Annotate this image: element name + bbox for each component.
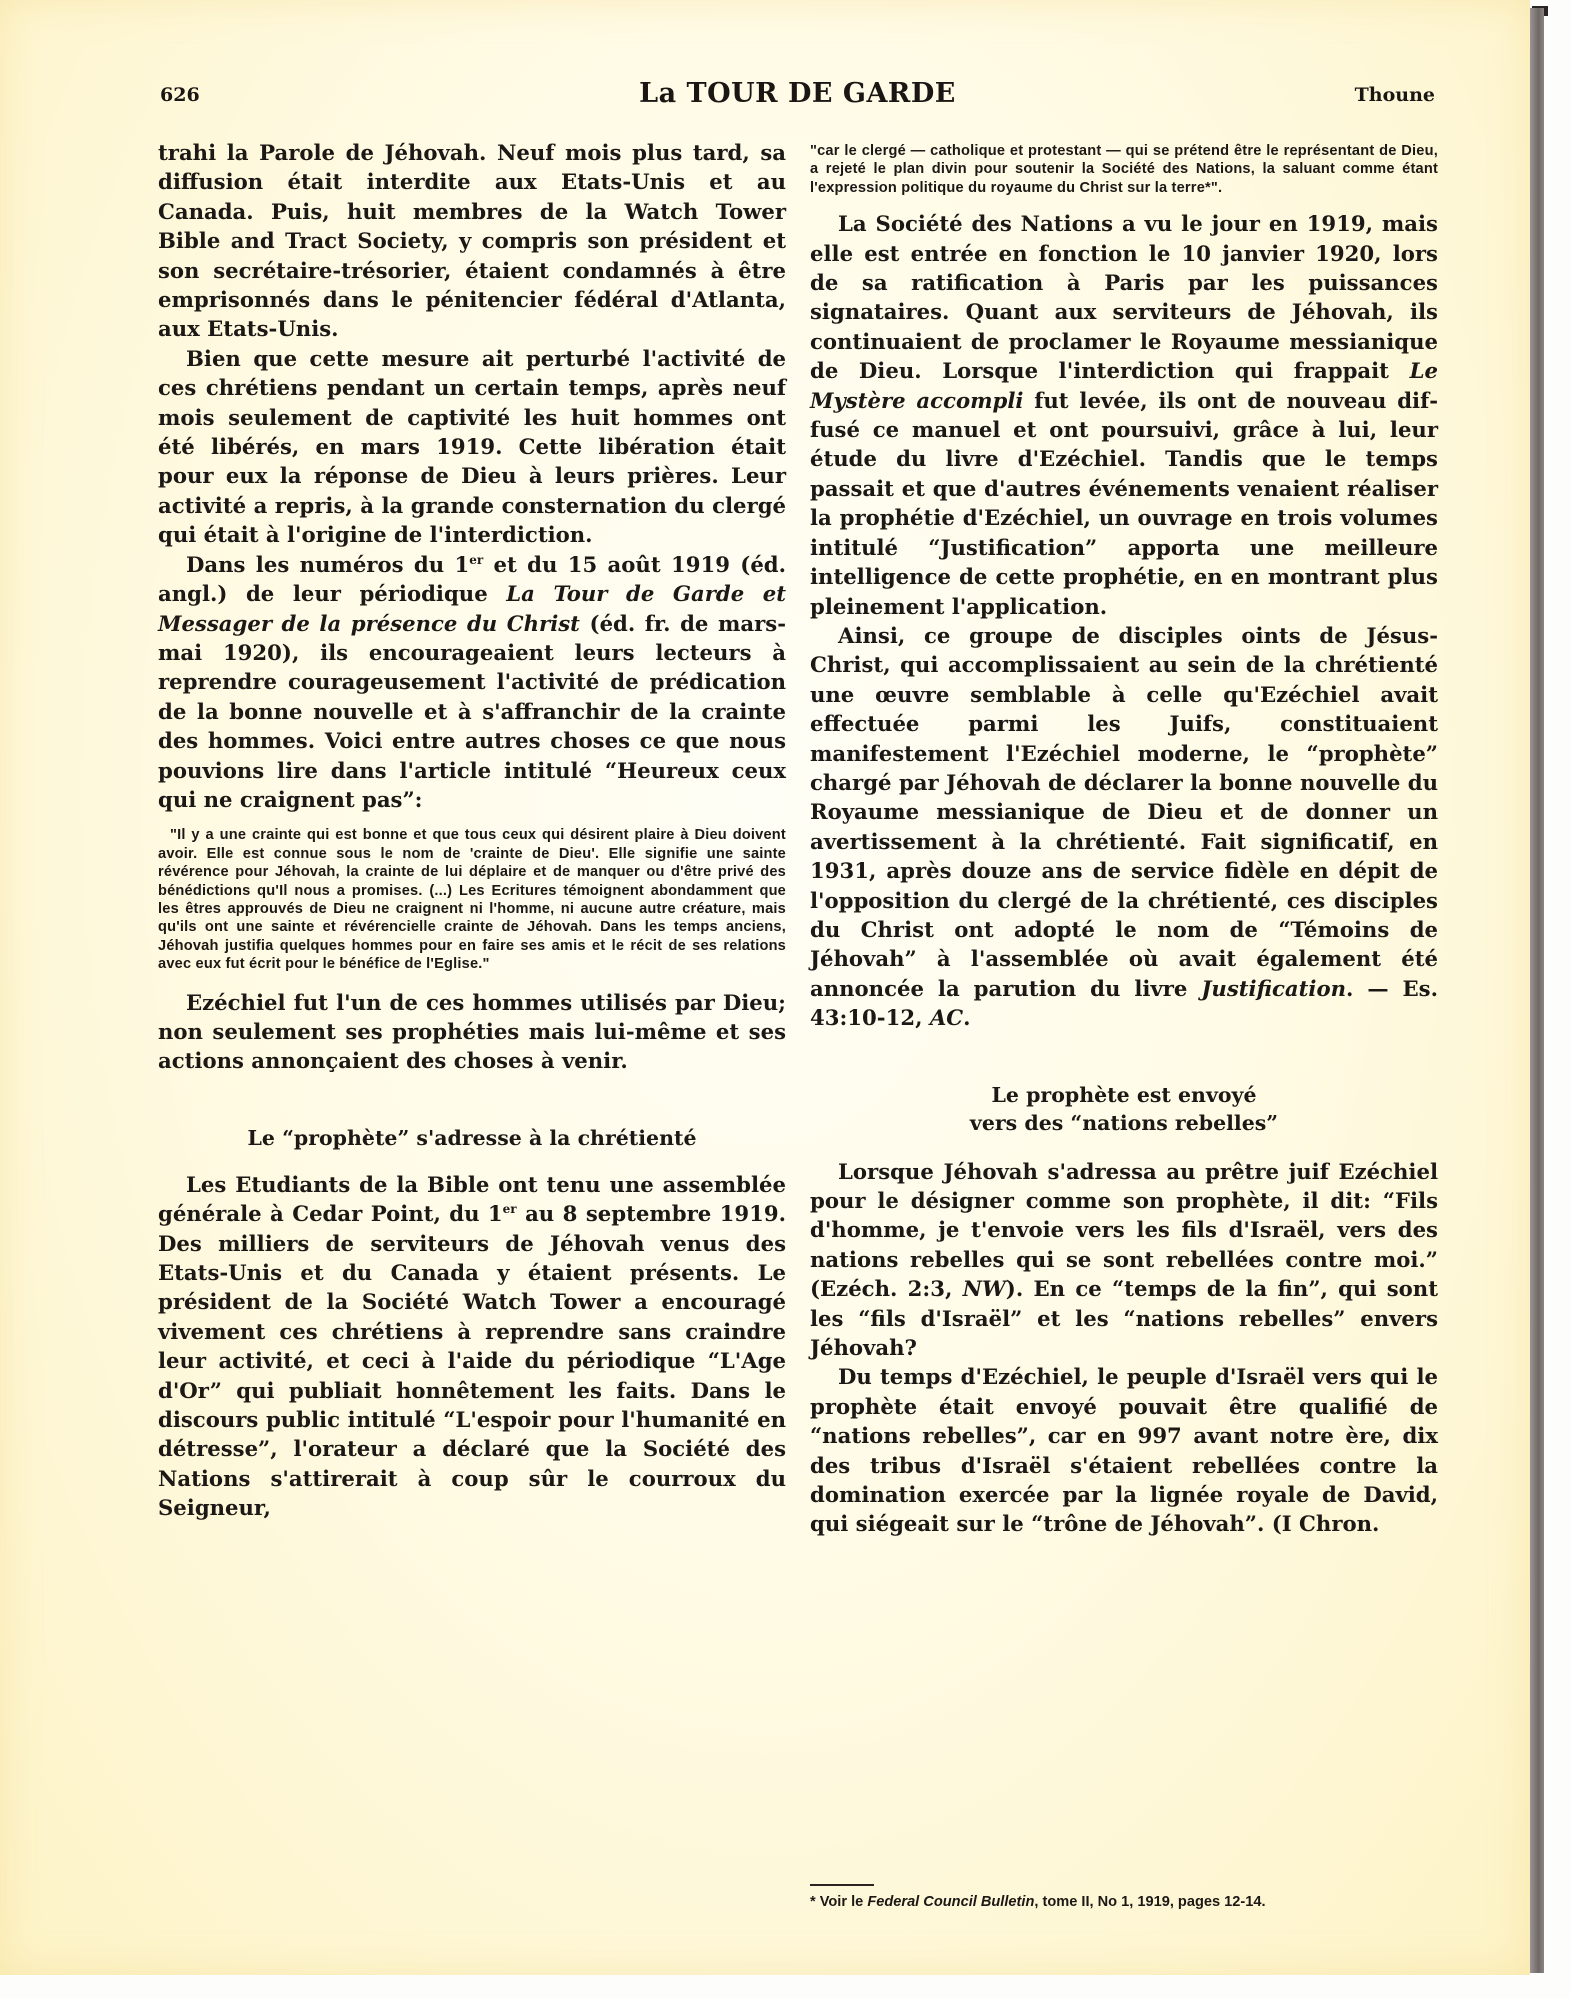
block-quote: "car le clergé — catholique et protestan…: [810, 142, 1438, 197]
bible-version: AC: [930, 1005, 963, 1030]
publication-title: La TOUR DE GARDE: [160, 78, 1435, 109]
paragraph: Les Etudiants de la Bible ont tenu une a…: [158, 1170, 786, 1523]
footnote: * Voir le Federal Council Bulletin, tome…: [810, 1893, 1430, 1911]
book-title: Justification: [1201, 976, 1346, 1001]
magazine-page: 626 La TOUR DE GARDE Thoune trahi la Par…: [0, 0, 1530, 1975]
section-heading: Le “prophète” s'adresse à la chrétienté: [158, 1124, 786, 1152]
bible-version: NW: [963, 1276, 1006, 1301]
page-header: 626 La TOUR DE GARDE Thoune: [160, 78, 1435, 118]
bulletin-title: Federal Council Bulletin: [867, 1894, 1034, 1910]
left-column: trahi la Parole de Jéhovah. Neuf mois pl…: [158, 138, 786, 1523]
paragraph: La Société des Nations a vu le jour en 1…: [810, 209, 1438, 621]
paragraph: Ainsi, ce groupe de disciples oints de J…: [810, 621, 1438, 1033]
footnote-divider: [810, 1884, 874, 1886]
paragraph: Du temps d'Ezéchiel, le peuple d'Israël …: [810, 1362, 1438, 1538]
paragraph: Bien que cette mesure ait perturbé l'ac­…: [158, 344, 786, 550]
paragraph: Ezéchiel fut l'un de ces hommes utilisés…: [158, 988, 786, 1076]
paragraph: Lorsque Jéhovah s'adressa au prêtre juif…: [810, 1157, 1438, 1363]
binding-edge: [1530, 8, 1544, 1973]
section-heading: Le prophète est envoyévers des “nations …: [810, 1081, 1438, 1137]
block-quote: "Il y a une crainte qui est bonne et que…: [158, 826, 786, 973]
running-head-section: Thoune: [1355, 84, 1435, 106]
right-column: "car le clergé — catholique et protestan…: [810, 142, 1438, 1539]
paragraph: Dans les numéros du 1er et du 15 août 19…: [158, 550, 786, 815]
paragraph: trahi la Parole de Jéhovah. Neuf mois pl…: [158, 138, 786, 344]
